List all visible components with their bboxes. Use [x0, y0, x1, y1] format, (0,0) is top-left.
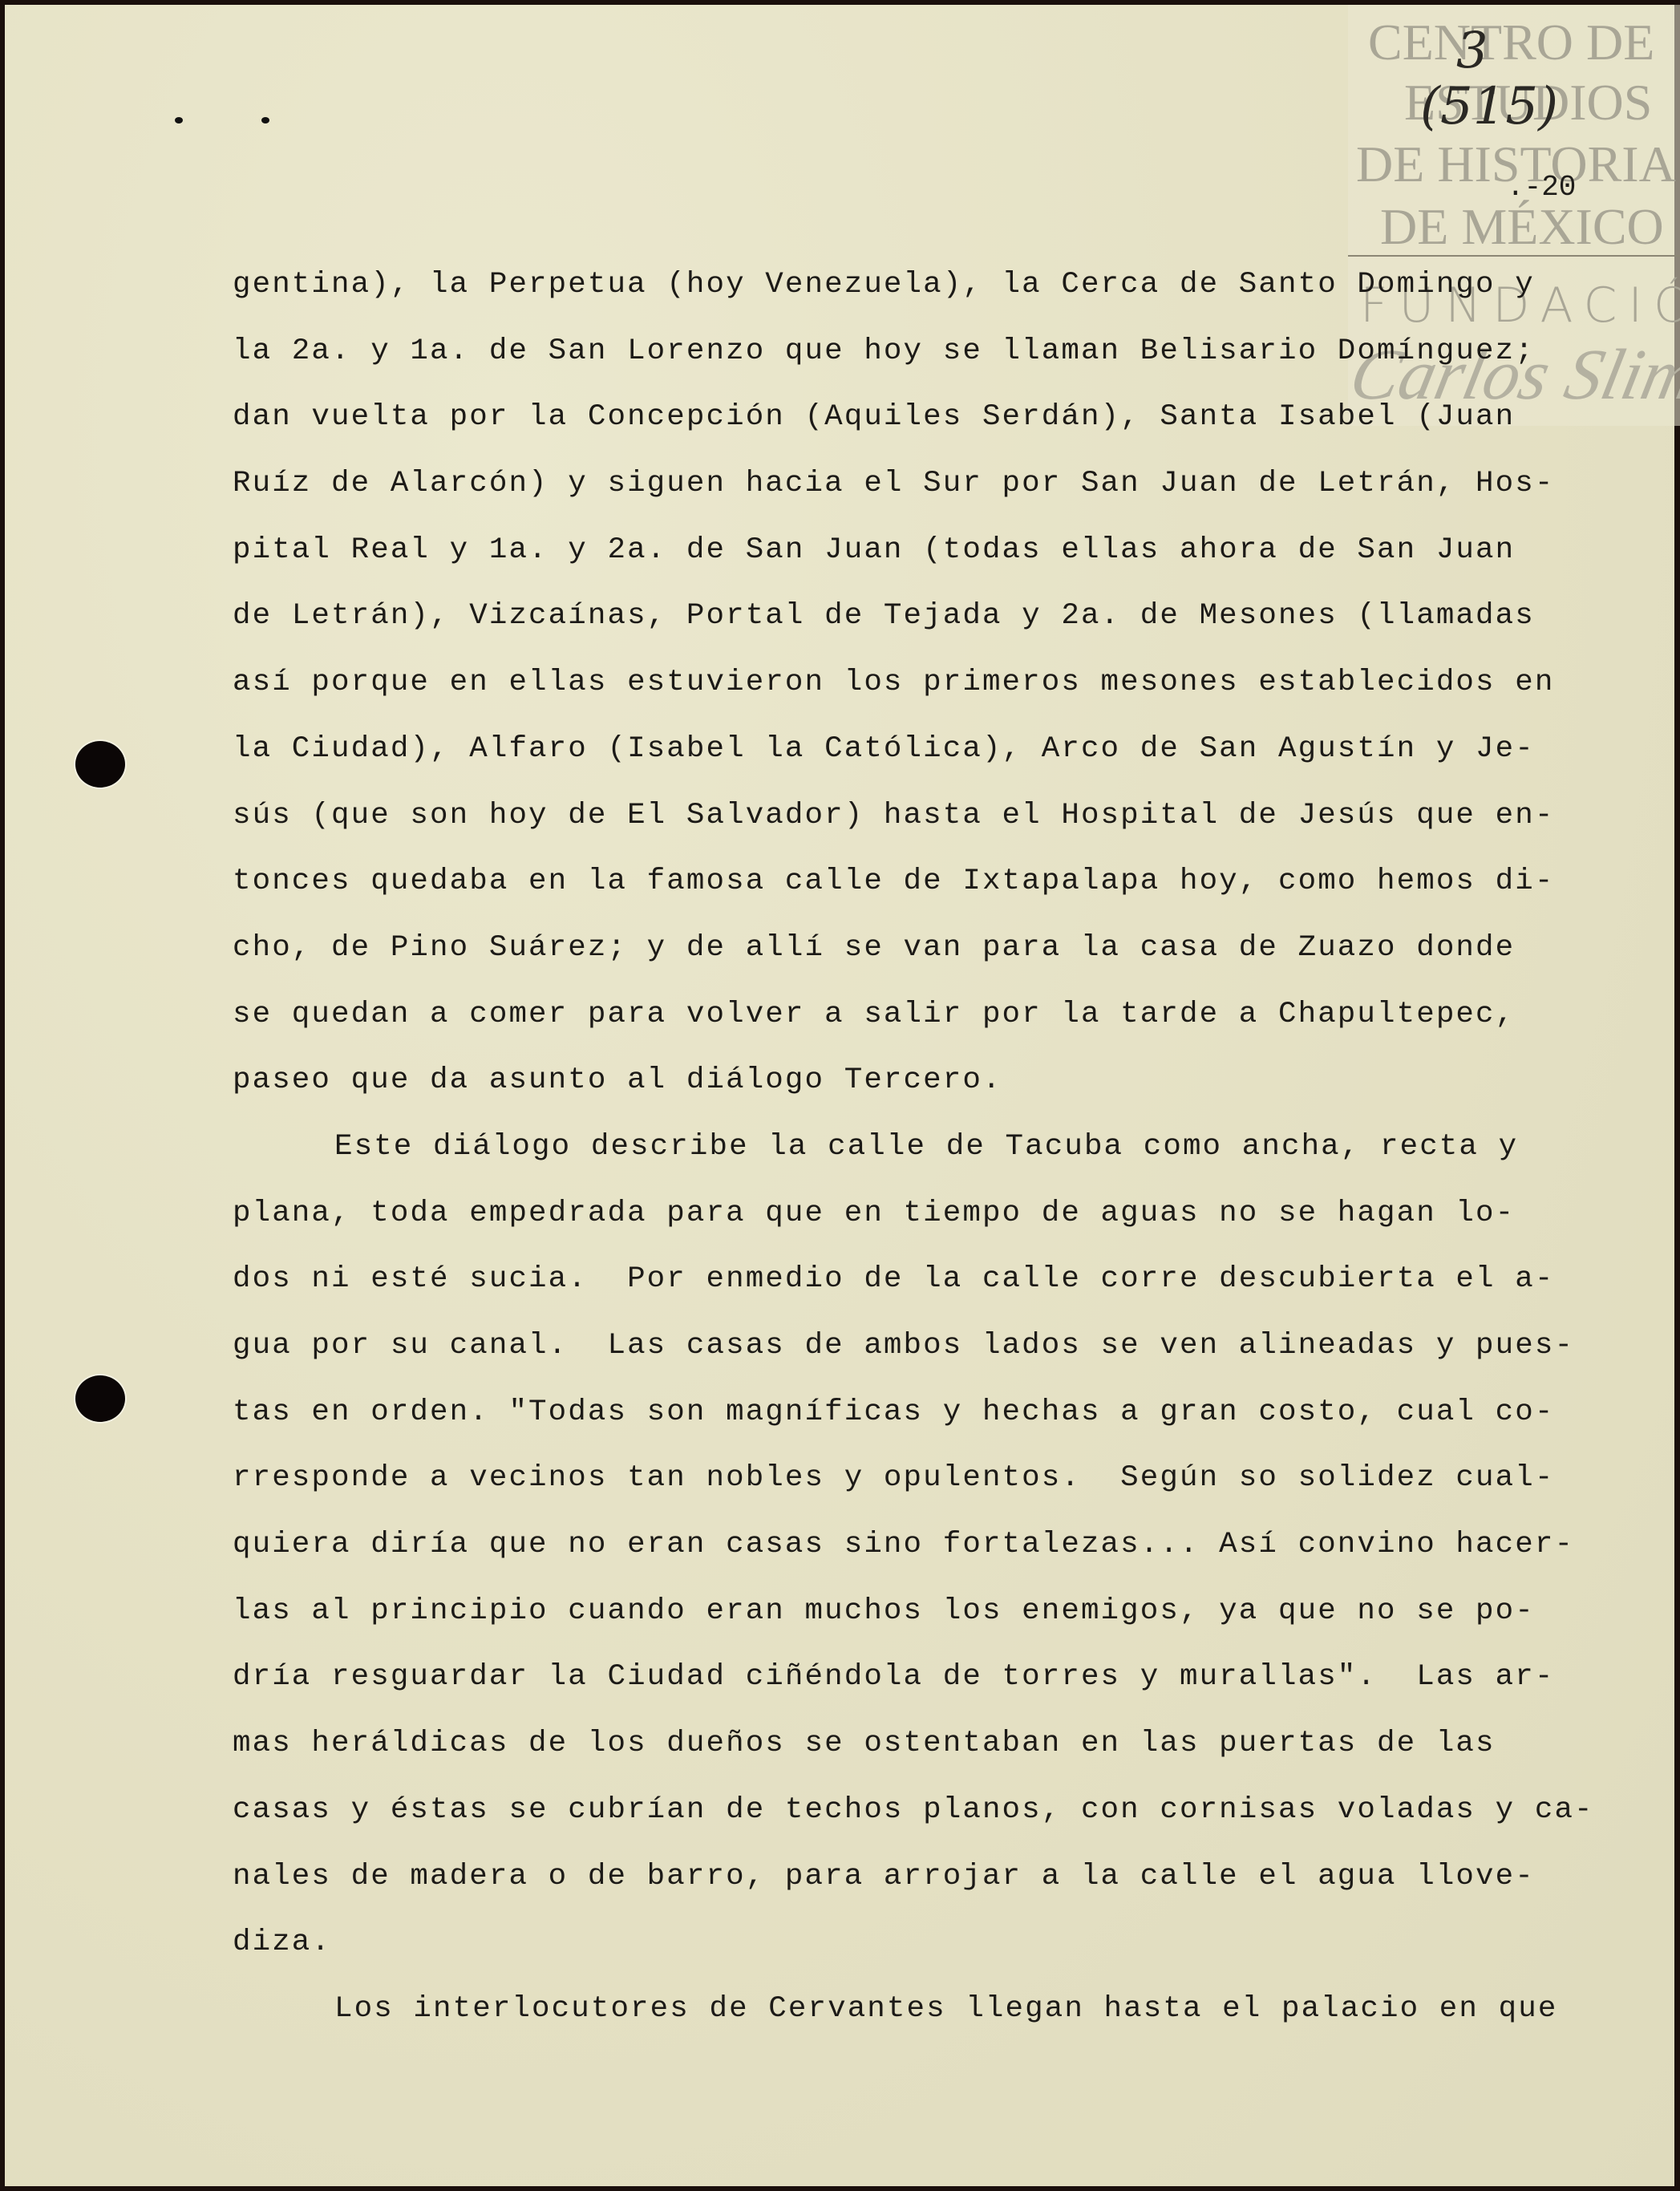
text-line: tas en orden. "Todas son magníficas y he…	[233, 1379, 1644, 1446]
text-line: rresponde a vecinos tan nobles y opulent…	[233, 1445, 1644, 1512]
text-line: gua por su canal. Las casas de ambos lad…	[233, 1313, 1644, 1379]
text-line: cho, de Pino Suárez; y de allí se van pa…	[233, 915, 1644, 982]
typewritten-page: CENTRO DE ESTUDIOS DE HISTORIA DE MÉXICO…	[5, 5, 1674, 2186]
page-number: .-20	[1507, 171, 1576, 204]
punch-hole-bottom	[75, 1375, 125, 1422]
ink-speck	[261, 117, 269, 124]
text-line: las al principio cuando eran muchos los …	[233, 1578, 1644, 1645]
text-line: casas y éstas se cubrían de techos plano…	[233, 1777, 1644, 1844]
punch-hole-top	[75, 741, 125, 788]
text-line: Ruíz de Alarcón) y siguen hacia el Sur p…	[233, 451, 1644, 517]
text-line: tonces quedaba en la famosa calle de Ixt…	[233, 848, 1644, 915]
text-line: paseo que da asunto al diálogo Tercero.	[233, 1047, 1644, 1114]
text-line: pital Real y 1a. y 2a. de San Juan (toda…	[233, 517, 1644, 584]
text-line: así porque en ellas estuvieron los prime…	[233, 650, 1644, 716]
text-line: Este diálogo describe la calle de Tacuba…	[233, 1114, 1644, 1181]
text-line: la Ciudad), Alfaro (Isabel la Católica),…	[233, 716, 1644, 783]
text-line: la 2a. y 1a. de San Lorenzo que hoy se l…	[233, 318, 1644, 385]
text-line: gentina), la Perpetua (hoy Venezuela), l…	[233, 252, 1644, 318]
watermark-line: DE MÉXICO	[1380, 197, 1664, 257]
text-line: plana, toda empedrada para que en tiempo…	[233, 1181, 1644, 1247]
handwritten-annotation-bottom: (515)	[1420, 77, 1558, 136]
text-line: quiera diría que no eran casas sino fort…	[233, 1512, 1644, 1578]
ink-speck	[175, 117, 183, 124]
text-line: nales de madera o de barro, para arrojar…	[233, 1844, 1644, 1910]
text-line: dos ni esté sucia. Por enmedio de la cal…	[233, 1246, 1644, 1313]
text-line: sús (que son hoy de El Salvador) hasta e…	[233, 783, 1644, 849]
text-line: dan vuelta por la Concepción (Aquiles Se…	[233, 384, 1644, 451]
text-line: mas heráldicas de los dueños se ostentab…	[233, 1711, 1644, 1777]
text-line: de Letrán), Vizcaínas, Portal de Tejada …	[233, 583, 1644, 650]
watermark-line: CENTRO DE	[1368, 13, 1654, 72]
text-line: Los interlocutores de Cervantes llegan h…	[233, 1976, 1644, 2043]
text-line: diza.	[233, 1910, 1644, 1976]
body-text: gentina), la Perpetua (hoy Venezuela), l…	[233, 252, 1644, 2043]
handwritten-annotation-top: 3	[1456, 21, 1488, 79]
text-line: se quedan a comer para volver a salir po…	[233, 982, 1644, 1048]
text-line: dría resguardar la Ciudad ciñéndola de t…	[233, 1644, 1644, 1711]
